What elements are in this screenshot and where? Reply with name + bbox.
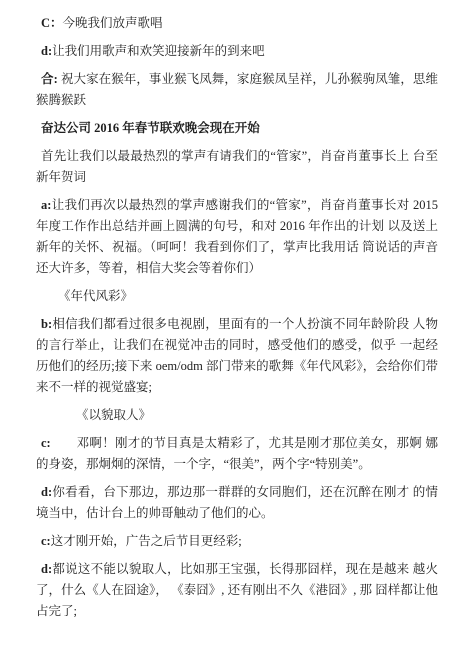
paragraph-text: 首先让我们以最最热烈的掌声有请我们的“管家”，肖奋肖董事长上 台至新年贺词 (36, 149, 438, 184)
speaker-label: c: (41, 436, 51, 450)
document-page: C：今晚我们放声歌唱 d:让我们用歌声和欢笑迎接新年的到来吧 合: 祝大家在猴年… (0, 0, 474, 670)
speaker-label: b: (41, 317, 52, 331)
paragraph-text: 邓啊！刚才的节目真是太精彩了，尤其是刚才那位美女，那婀 娜的身姿，那炯炯的深情，… (36, 436, 438, 471)
script-paragraph: d:让我们用歌声和欢笑迎接新年的到来吧 (36, 41, 438, 62)
script-paragraph: 合: 祝大家在猴年，事业猴飞凤舞，家庭猴凤呈祥，儿孙猴驹凤雏，思维猴腾猴跃 (36, 69, 438, 111)
paragraph-text: 奋达公司 2016 年春节联欢晚会现在开始 (41, 121, 260, 135)
paragraph-text: 《以貌取人》 (76, 408, 151, 422)
script-paragraph: C：今晚我们放声歌唱 (36, 13, 438, 34)
speaker-label: a: (41, 198, 51, 212)
program-title: 《以貌取人》 (36, 405, 438, 426)
script-paragraph: c: 邓啊！刚才的节目真是太精彩了，尤其是刚才那位美女，那婀 娜的身姿，那炯炯的… (36, 433, 438, 475)
program-title: 《年代风彩》 (36, 286, 438, 307)
paragraph-text: 让我们用歌声和欢笑迎接新年的到来吧 (52, 44, 265, 58)
paragraph-text: 你看看，台下那边，那边那一群群的女同胞们，还在沉醉在刚才 的情境当中，估计台上的… (36, 485, 438, 520)
speaker-label: d: (41, 44, 52, 58)
speaker-label: d: (41, 485, 52, 499)
script-paragraph: 首先让我们以最最热烈的掌声有请我们的“管家”，肖奋肖董事长上 台至新年贺词 (36, 146, 438, 188)
speaker-label: d: (41, 562, 52, 576)
paragraph-text: 都说这不能以貌取人，比如那王宝强，长得那囧样，现在是越来 越火了，什么《人在囧途… (36, 562, 438, 618)
script-paragraph: b:相信我们都看过很多电视剧，里面有的一个人扮演不同年龄阶段 人物的言行举止，让… (36, 314, 438, 398)
speaker-label: C： (41, 16, 63, 30)
speaker-label: 合: (41, 72, 61, 86)
script-paragraph: d:你看看，台下那边，那边那一群群的女同胞们，还在沉醉在刚才 的情境当中，估计台… (36, 482, 438, 524)
paragraph-text: 祝大家在猴年，事业猴飞凤舞，家庭猴凤呈祥，儿孙猴驹凤雏，思维猴腾猴跃 (36, 72, 438, 107)
speaker-label: c: (41, 534, 51, 548)
script-paragraph: c:这才刚开始，广告之后节目更经彩; (36, 531, 438, 552)
paragraph-text: 这才刚开始，广告之后节目更经彩; (51, 534, 242, 548)
paragraph-text: 让我们再次以最热烈的掌声感谢我们的“管家”，肖奋肖董事长对 2015 年度工作作… (36, 198, 438, 275)
script-paragraph: a:让我们再次以最热烈的掌声感谢我们的“管家”，肖奋肖董事长对 2015 年度工… (36, 195, 438, 279)
section-heading: 奋达公司 2016 年春节联欢晚会现在开始 (36, 118, 438, 139)
script-paragraph: d:都说这不能以貌取人，比如那王宝强，长得那囧样，现在是越来 越火了，什么《人在… (36, 559, 438, 622)
paragraph-text: 《年代风彩》 (58, 289, 133, 303)
paragraph-text: 今晚我们放声歌唱 (63, 16, 163, 30)
paragraph-text: 相信我们都看过很多电视剧，里面有的一个人扮演不同年龄阶段 人物的言行举止，让我们… (36, 317, 438, 394)
